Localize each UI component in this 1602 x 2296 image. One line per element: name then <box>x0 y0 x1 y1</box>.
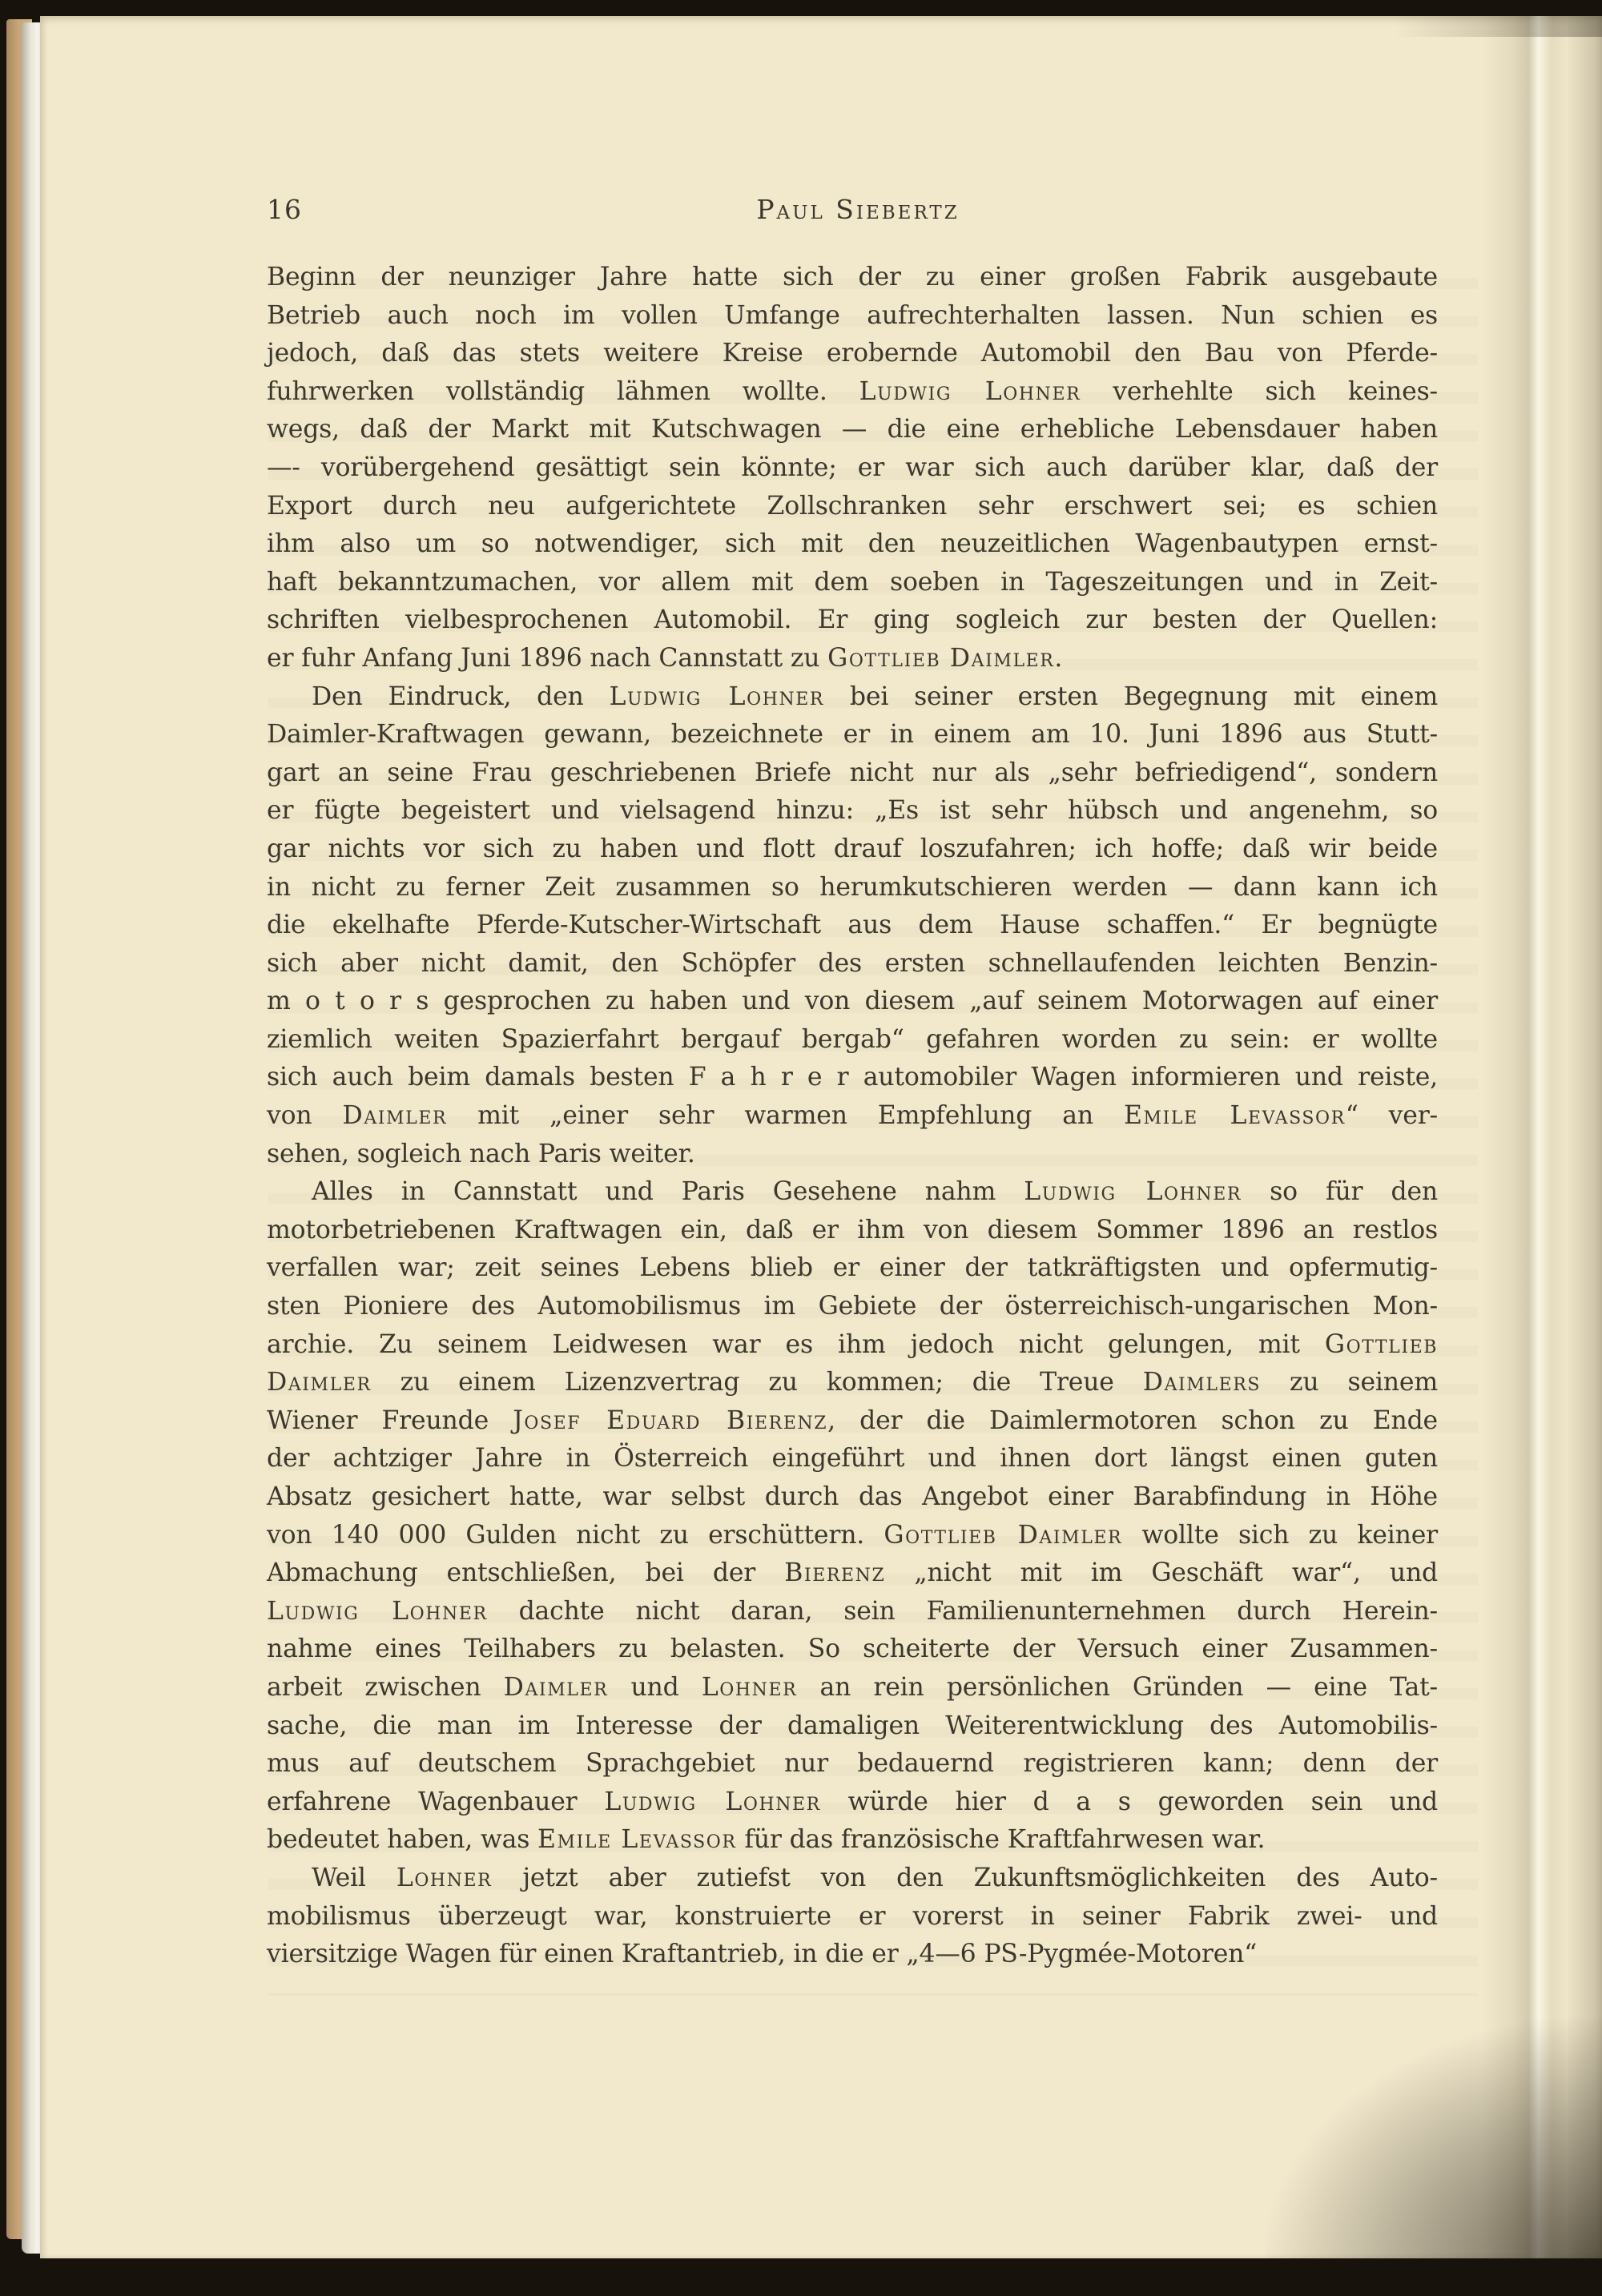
text-line: haft bekanntzumachen, vor allem mit dem … <box>267 564 1438 602</box>
small-caps-name: Ludwig Lohner <box>610 682 825 711</box>
text-line: Daimler-Kraftwagen gewann, bezeichnete e… <box>267 716 1438 754</box>
book-page: 16 Paul Siebertz Beginn der neunziger Ja… <box>40 16 1602 2258</box>
page-header: 16 Paul Siebertz <box>267 194 1438 232</box>
bottom-right-corner-shadow <box>1266 2018 1602 2258</box>
small-caps-name: Gottlieb <box>1325 1330 1438 1359</box>
text-line: ihm also um so notwendiger, sich mit den… <box>267 525 1438 564</box>
top-right-shadow <box>1394 16 1602 37</box>
text-line: fuhrwerken vollständig lähmen wollte. Lu… <box>267 373 1438 412</box>
text-line: sich auch beim damals besten F a h r e r… <box>267 1059 1438 1097</box>
text-line: Ludwig Lohner dachte nicht daran, sein F… <box>267 1593 1438 1631</box>
text-line: in nicht zu ferner Zeit zusammen so heru… <box>267 869 1438 907</box>
text-line: viersitzige Wagen für einen Kraftantrieb… <box>267 1936 1438 1974</box>
text-line: Export durch neu aufgerichtete Zollschra… <box>267 488 1438 526</box>
text-line: schriften vielbesprochenen Automobil. Er… <box>267 601 1438 640</box>
text-line: arbeit zwischen Daimler und Lohner an re… <box>267 1669 1438 1707</box>
small-caps-name: Daimler <box>342 1101 447 1130</box>
scan-background: { "page": { "number": "16", "running_hea… <box>0 0 1602 2296</box>
text-line: ziemlich weiten Spazierfahrt bergauf ber… <box>267 1021 1438 1060</box>
body-text-block: Beginn der neunziger Jahre hatte sich de… <box>267 259 1438 1974</box>
text-line: Betrieb auch noch im vollen Umfange aufr… <box>267 297 1438 336</box>
text-line: —- vorübergehend gesättigt sein könnte; … <box>267 449 1438 488</box>
text-line: sache, die man im Interesse der damalige… <box>267 1707 1438 1746</box>
small-caps-name: Lohner <box>396 1864 492 1892</box>
text-line: sehen, sogleich nach Paris weiter. <box>267 1136 1438 1174</box>
small-caps-name: Daimler <box>504 1673 609 1702</box>
paragraph: Weil Lohner jetzt aber zutiefst von den … <box>267 1860 1438 1974</box>
text-line: mobilismus überzeugt war, konstruierte e… <box>267 1898 1438 1936</box>
text-line: sich aber nicht damit, den Schöpfer des … <box>267 945 1438 983</box>
text-line: sten Pioniere des Automobilismus im Gebi… <box>267 1288 1438 1326</box>
small-caps-name: Ludwig Lohner <box>859 377 1081 406</box>
text-line: gart an seine Frau geschriebenen Briefe … <box>267 754 1438 793</box>
text-line: Absatz gesichert hatte, war selbst durch… <box>267 1478 1438 1517</box>
small-caps-name: Daimlers <box>1143 1368 1261 1397</box>
text-line: motorbetriebenen Kraftwagen ein, daß er … <box>267 1212 1438 1250</box>
text-line: von 140 000 Gulden nicht zu erschüttern.… <box>267 1517 1438 1555</box>
small-caps-name: Emile Levassor <box>537 1825 737 1854</box>
text-line: die ekelhafte Pferde-Kutscher-Wirtschaft… <box>267 907 1438 945</box>
small-caps-name: Gottlieb Daimler <box>827 644 1054 673</box>
text-line: erfahrene Wagenbauer Ludwig Lohner würde… <box>267 1783 1438 1822</box>
text-line: er fuhr Anfang Juni 1896 nach Cannstatt … <box>267 640 1438 678</box>
text-line: jedoch, daß das stets weitere Kreise ero… <box>267 335 1438 373</box>
text-line: Wiener Freunde Josef Eduard Bierenz, der… <box>267 1402 1438 1441</box>
text-line: Weil Lohner jetzt aber zutiefst von den … <box>267 1860 1438 1898</box>
text-line: mus auf deutschem Sprachgebiet nur bedau… <box>267 1745 1438 1783</box>
small-caps-name: Daimler <box>267 1368 372 1397</box>
small-caps-name: Emile Levassor <box>1124 1101 1346 1130</box>
small-caps-name: Josef Eduard Bierenz <box>513 1406 827 1435</box>
small-caps-name: Ludwig Lohner <box>604 1787 820 1816</box>
text-line: wegs, daß der Markt mit Kutschwagen — di… <box>267 411 1438 449</box>
running-header: Paul Siebertz <box>267 194 1438 225</box>
text-line: Alles in Cannstatt und Paris Gesehene na… <box>267 1173 1438 1212</box>
text-line: verfallen war; zeit seines Lebens blieb … <box>267 1249 1438 1288</box>
text-line: der achtziger Jahre in Österreich eingef… <box>267 1440 1438 1478</box>
page-number: 16 <box>267 194 302 225</box>
text-line: gar nichts vor sich zu haben und flott d… <box>267 830 1438 869</box>
text-line: von Daimler mit „einer sehr warmen Empfe… <box>267 1097 1438 1136</box>
small-caps-name: Ludwig Lohner <box>1024 1177 1242 1206</box>
paragraph: Den Eindruck, den Ludwig Lohner bei sein… <box>267 678 1438 1174</box>
paragraph: Alles in Cannstatt und Paris Gesehene na… <box>267 1173 1438 1860</box>
text-line: Beginn der neunziger Jahre hatte sich de… <box>267 259 1438 297</box>
text-line: er fügte begeistert und vielsagend hinzu… <box>267 792 1438 830</box>
text-line: archie. Zu seinem Leidwesen war es ihm j… <box>267 1326 1438 1365</box>
text-line: bedeutet haben, was Emile Levassor für d… <box>267 1821 1438 1860</box>
text-line: Abmachung entschließen, bei der Bierenz … <box>267 1554 1438 1593</box>
text-line: Den Eindruck, den Ludwig Lohner bei sein… <box>267 678 1438 717</box>
gutter-right-shade <box>1568 16 1602 2258</box>
paragraph: Beginn der neunziger Jahre hatte sich de… <box>267 259 1438 678</box>
gutter-fold-crease <box>1482 16 1572 2258</box>
text-line: Daimler zu einem Lizenzvertrag zu kommen… <box>267 1364 1438 1402</box>
small-caps-name: Bierenz <box>784 1558 885 1587</box>
small-caps-name: Gottlieb Daimler <box>884 1521 1122 1550</box>
small-caps-name: Lohner <box>702 1673 797 1702</box>
text-line: m o t o r s gesprochen zu haben und von … <box>267 983 1438 1021</box>
small-caps-name: Ludwig Lohner <box>267 1597 488 1626</box>
text-line: nahme eines Teilhabers zu belasten. So s… <box>267 1631 1438 1669</box>
